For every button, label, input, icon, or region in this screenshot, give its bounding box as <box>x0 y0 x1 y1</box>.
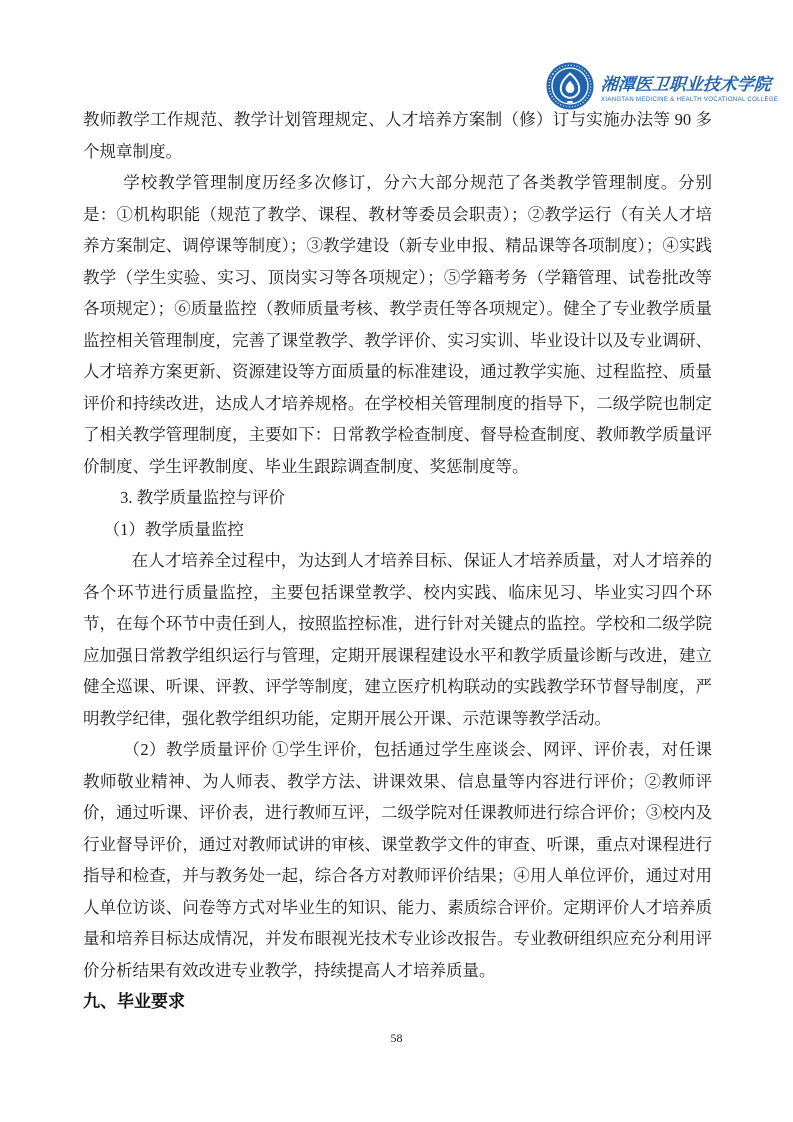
paragraph-regulations-continuation: 教师教学工作规范、教学计划管理规定、人才培养方案制（修）订与实施办法等 90 多… <box>83 104 712 167</box>
college-seal-icon <box>546 62 594 110</box>
page-footer: 58 <box>0 1031 793 1046</box>
document-page: 湘潭医卫职业技术学院 XIANGTAN MEDICINE & HEALTH VO… <box>0 0 793 1122</box>
paragraph-teaching-management-systems: 学校教学管理制度历经多次修订，分六大部分规范了各类教学管理制度。分别是：①机构职… <box>83 167 712 482</box>
paragraph-quality-evaluation-detail: （2）教学质量评价 ①学生评价，包括通过学生座谈会、网评、评价表，对任课教师敬业… <box>83 734 712 986</box>
page-number: 58 <box>391 1031 403 1045</box>
seal-bottom-mark <box>567 101 573 103</box>
college-name-en: XIANGTAN MEDICINE & HEALTH VOCATIONAL CO… <box>601 97 778 103</box>
subheading-quality-monitoring: （1）教学质量监控 <box>83 514 712 546</box>
college-logo: 湘潭医卫职业技术学院 XIANGTAN MEDICINE & HEALTH VO… <box>546 62 778 110</box>
paragraph-quality-monitoring-detail: 在人才培养全过程中，为达到人才培养目标、保证人才培养质量，对人才培养的各个环节进… <box>83 545 712 734</box>
subheading-quality-monitoring-evaluation: 3. 教学质量监控与评价 <box>83 482 712 514</box>
section-heading-graduation-requirements: 九、毕业要求 <box>83 986 712 1018</box>
document-body: 教师教学工作规范、教学计划管理规定、人才培养方案制（修）订与实施办法等 90 多… <box>83 104 712 1018</box>
college-name-block: 湘潭医卫职业技术学院 XIANGTAN MEDICINE & HEALTH VO… <box>601 70 778 103</box>
college-name-zh: 湘潭医卫职业技术学院 <box>600 70 779 95</box>
